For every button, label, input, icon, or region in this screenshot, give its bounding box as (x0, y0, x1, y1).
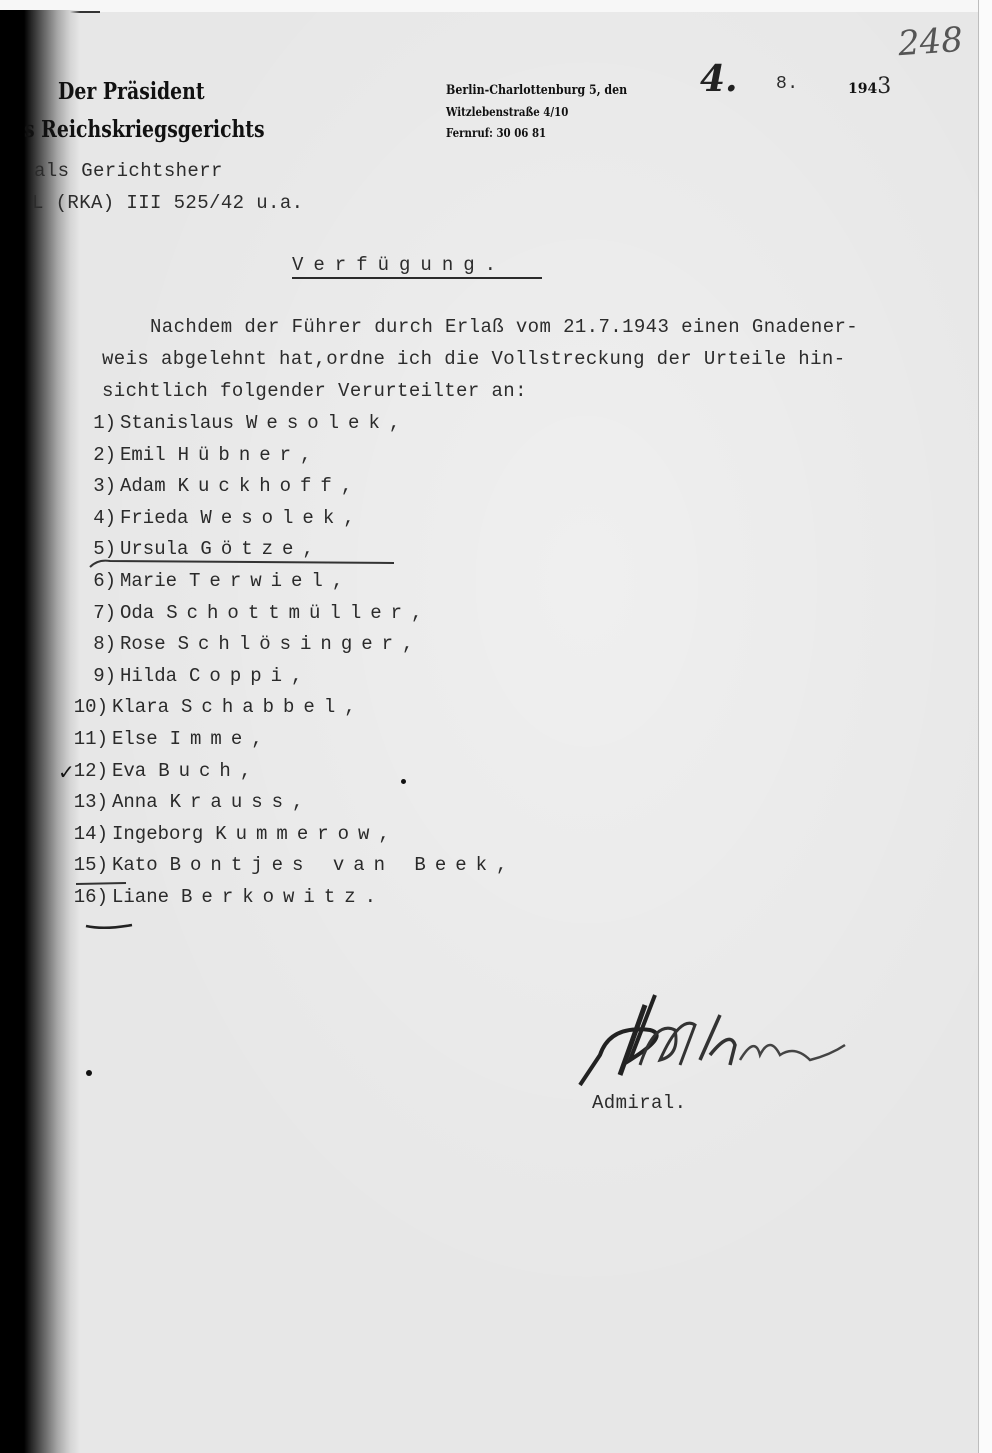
date-year-prefix: 194 (848, 81, 877, 97)
list-number: 11) (62, 728, 108, 750)
signature-scribble (560, 985, 860, 1105)
ink-dot (401, 779, 406, 784)
date-year-suffix: 3 (877, 74, 891, 99)
letterhead-title: Der Präsident (58, 78, 205, 105)
list-item: 14)IngeborgKummerow, (62, 823, 399, 845)
scan-top-edge (0, 0, 992, 12)
first-name: Marie (120, 570, 177, 592)
list-number: 4) (70, 507, 116, 529)
first-name: Klara (112, 696, 169, 718)
first-name: Anna (112, 791, 158, 813)
list-item: 12)EvaBuch, (62, 760, 260, 782)
first-name: Else (112, 728, 158, 750)
list-item: 9)HildaCoppi, (70, 665, 311, 687)
first-name: Oda (120, 602, 154, 624)
last-name: Wesolek, (246, 412, 409, 434)
pen-underline-item-15 (74, 880, 134, 890)
list-number: 3) (70, 475, 116, 497)
first-name: Eva (112, 760, 146, 782)
last-name: Schlösinger, (178, 633, 423, 655)
reference-number: L (RKA) III 525/42 u.a. (32, 192, 303, 214)
date-month: 8. (776, 74, 798, 94)
last-name: Krauss, (170, 791, 313, 813)
list-item: 1)StanislausWesolek, (70, 412, 409, 434)
first-name: Frieda (120, 507, 188, 529)
list-item: 6)MarieTerwiel, (70, 570, 352, 592)
first-name: Stanislaus (120, 412, 234, 434)
list-number: 13) (62, 791, 108, 813)
letterhead-role: als Gerichtsherr (34, 160, 223, 182)
first-name: Adam (120, 475, 166, 497)
list-number: 10) (62, 696, 108, 718)
list-item: 2)EmilHübner, (70, 444, 320, 466)
first-name: Emil (120, 444, 166, 466)
letterhead-court: s Reichskriegsgerichts (24, 116, 265, 143)
list-number: 2) (70, 444, 116, 466)
margin-check-mark: ✓ (58, 760, 75, 784)
first-name: Kato (112, 854, 158, 876)
list-number: 15) (62, 854, 108, 876)
scan-right-margin (978, 0, 992, 1453)
ink-dot-left (86, 1070, 92, 1076)
date-year: 1943 (848, 74, 891, 99)
list-item: 7)OdaSchottmüller, (70, 602, 431, 624)
last-name: Wesolek, (200, 507, 363, 529)
last-name: Berkowitz. (181, 886, 385, 908)
list-number: 1) (70, 412, 116, 434)
document-page (0, 0, 978, 1453)
last-name: Schottmüller, (166, 602, 431, 624)
list-number: 6) (70, 570, 116, 592)
last-name: Hübner, (178, 444, 321, 466)
last-name: Terwiel, (189, 570, 352, 592)
pen-underline-item-16 (84, 920, 144, 932)
date-day-handwritten: 4. (700, 58, 738, 100)
list-item: 15)KatoBontjes van Beek, (62, 854, 516, 876)
page-number-handwritten: 248 (897, 20, 965, 64)
address-city: Berlin-Charlottenburg 5, den (446, 83, 627, 98)
list-item: 3)AdamKuckhoff, (70, 475, 361, 497)
last-name: Kummerow, (215, 823, 399, 845)
first-name: Ingeborg (112, 823, 203, 845)
address-street: Witzlebenstraße 4/10 (446, 105, 568, 119)
last-name: Bontjes van Beek, (170, 854, 517, 876)
list-item: 4)FriedaWesolek, (70, 507, 364, 529)
last-name: Imme, (170, 728, 272, 750)
last-name: Buch, (158, 760, 260, 782)
list-item: 8)RoseSchlösinger, (70, 633, 422, 655)
list-number: 7) (70, 602, 116, 624)
list-item: 10)KlaraSchabbel, (62, 696, 365, 718)
list-number: 14) (62, 823, 108, 845)
title-underline (292, 277, 542, 279)
list-item: 13)AnnaKrauss, (62, 791, 312, 813)
signature-rank: Admiral. (592, 1092, 686, 1114)
list-item: 11)ElseImme, (62, 728, 272, 750)
first-name: Rose (120, 633, 166, 655)
last-name: Kuckhoff, (178, 475, 362, 497)
list-number: 9) (70, 665, 116, 687)
address-phone: Fernruf: 30 06 81 (446, 126, 546, 140)
document-title: Verfügung. (292, 254, 506, 276)
body-line-1: Nachdem der Führer durch Erlaß vom 21.7.… (150, 316, 858, 338)
last-name: Schabbel, (181, 696, 365, 718)
body-line-3: sichtlich folgender Verurteilter an: (102, 380, 527, 402)
pen-underline-item-5 (84, 553, 404, 573)
list-number: 8) (70, 633, 116, 655)
body-line-2: weis abgelehnt hat,ordne ich die Vollstr… (102, 348, 846, 370)
first-name: Hilda (120, 665, 177, 687)
last-name: Coppi, (189, 665, 311, 687)
